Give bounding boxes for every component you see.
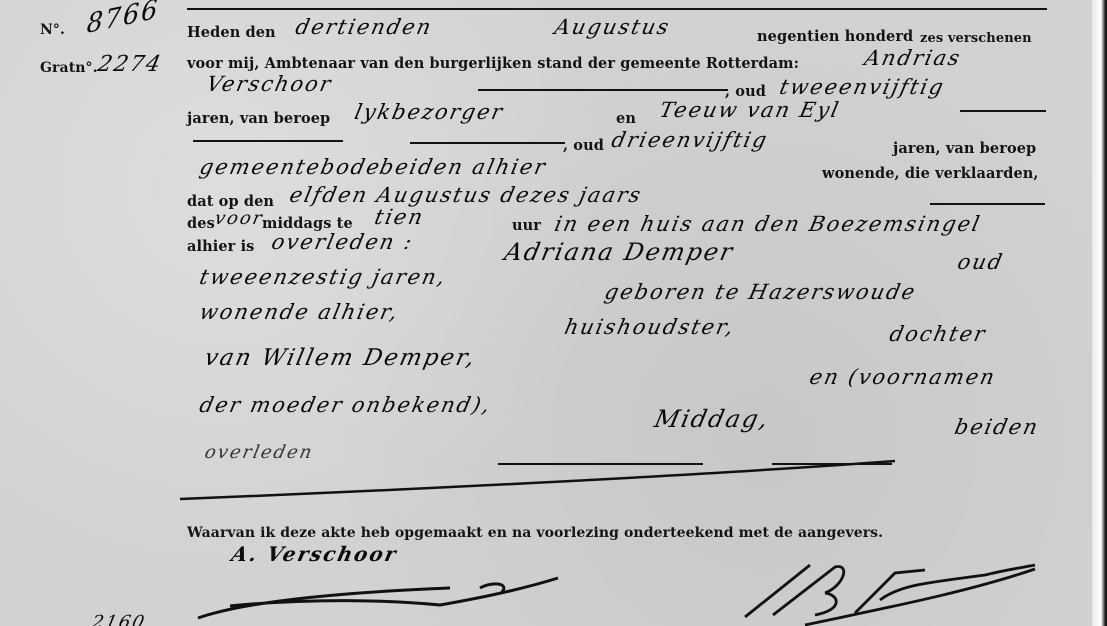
hw-birthplace: geboren te Hazerswoude [602, 280, 918, 304]
printed-zes-verschenen: zes verschenen [920, 31, 1032, 46]
printed-voor-mij: voor mij, Ambtenaar van den burgerlijken… [187, 55, 799, 72]
hw-declarant2-age: drieenvijftig [609, 128, 770, 152]
printed-closing-statement: Waarvan ik deze akte heb opgemaakt en na… [187, 525, 883, 541]
hw-declarant2-name: Teeuw van Eyl [657, 98, 842, 122]
hw-mother-intro: en (voornamen [807, 365, 998, 389]
number-value: 8766 [86, 0, 160, 40]
fill-line [193, 140, 343, 142]
hw-declarant1-last: Verschoor [204, 72, 334, 96]
printed-jaren-beroep-1: jaren, van beroep [187, 110, 330, 127]
printed-alhier-is: alhier is [187, 238, 254, 255]
printed-uur: uur [512, 217, 541, 234]
hw-residence: beiden alhier [377, 155, 549, 179]
fill-line [930, 203, 1045, 205]
margin-bottom-fragment: 2160 [90, 612, 148, 626]
printed-en: en [616, 110, 636, 127]
hw-deceased-age: tweeenzestig jaren, [197, 265, 449, 289]
hw-place: in een huis aan den Boezemsingel [552, 212, 983, 236]
hw-both: beiden [952, 415, 1041, 439]
printed-wonende-verklaarden: wonende, die verklaarden, [822, 165, 1039, 182]
hw-declarant1-first: Andrias [862, 46, 963, 70]
number-label: N°. [40, 22, 65, 38]
fill-line [478, 89, 728, 91]
printed-jaren-beroep-2: jaren, van beroep [893, 140, 1036, 157]
hw-mother-surname: Middag, [652, 405, 772, 433]
hw-occupation: huishoudster, [562, 315, 737, 339]
hw-father: van Willem Demper, [202, 345, 478, 371]
certificate-page: N°. 8766 Gratn°. 2274 2160 Heden den der… [0, 0, 1092, 626]
signature-declarant1: A. Verschoor [229, 542, 400, 566]
hw-hour: tien [372, 205, 426, 229]
fill-line [960, 110, 1046, 112]
signature-declarant2 [190, 570, 570, 626]
signature-registrar [725, 555, 1045, 626]
gratis-value: 2274 [95, 52, 164, 77]
hw-daughter-of: dochter [887, 322, 988, 346]
fill-line [410, 142, 565, 144]
hw-date-day: dertienden [293, 15, 435, 39]
hw-death-date: elfden Augustus dezes jaars [287, 183, 644, 207]
hw-declarant1-age: tweeenvijftig [777, 75, 947, 99]
scan-edge [1092, 0, 1107, 626]
top-rule [187, 8, 1047, 10]
hw-deceased-intro: overleden : [269, 230, 415, 254]
hw-residing: wonende alhier, [197, 300, 401, 324]
printed-oud-2: , oud [563, 137, 604, 154]
hw-date-month: Augustus [552, 15, 672, 39]
hw-declarant2-occupation: gemeentebode [197, 155, 383, 179]
hw-time-part: voor [213, 208, 266, 229]
printed-heden-den: Heden den [187, 24, 276, 41]
hw-deceased-name: Adriana Demper [502, 238, 737, 266]
hw-mother: der moeder onbekend), [197, 393, 493, 417]
hw-oud: oud [955, 250, 1006, 274]
closing-flourish-line [180, 455, 900, 505]
gratis-label: Gratn°. [40, 60, 98, 76]
printed-negentien-honderd: negentien honderd [757, 28, 913, 45]
printed-des: des [187, 215, 215, 232]
hw-declarant1-occupation: lykbezorger [352, 100, 506, 124]
